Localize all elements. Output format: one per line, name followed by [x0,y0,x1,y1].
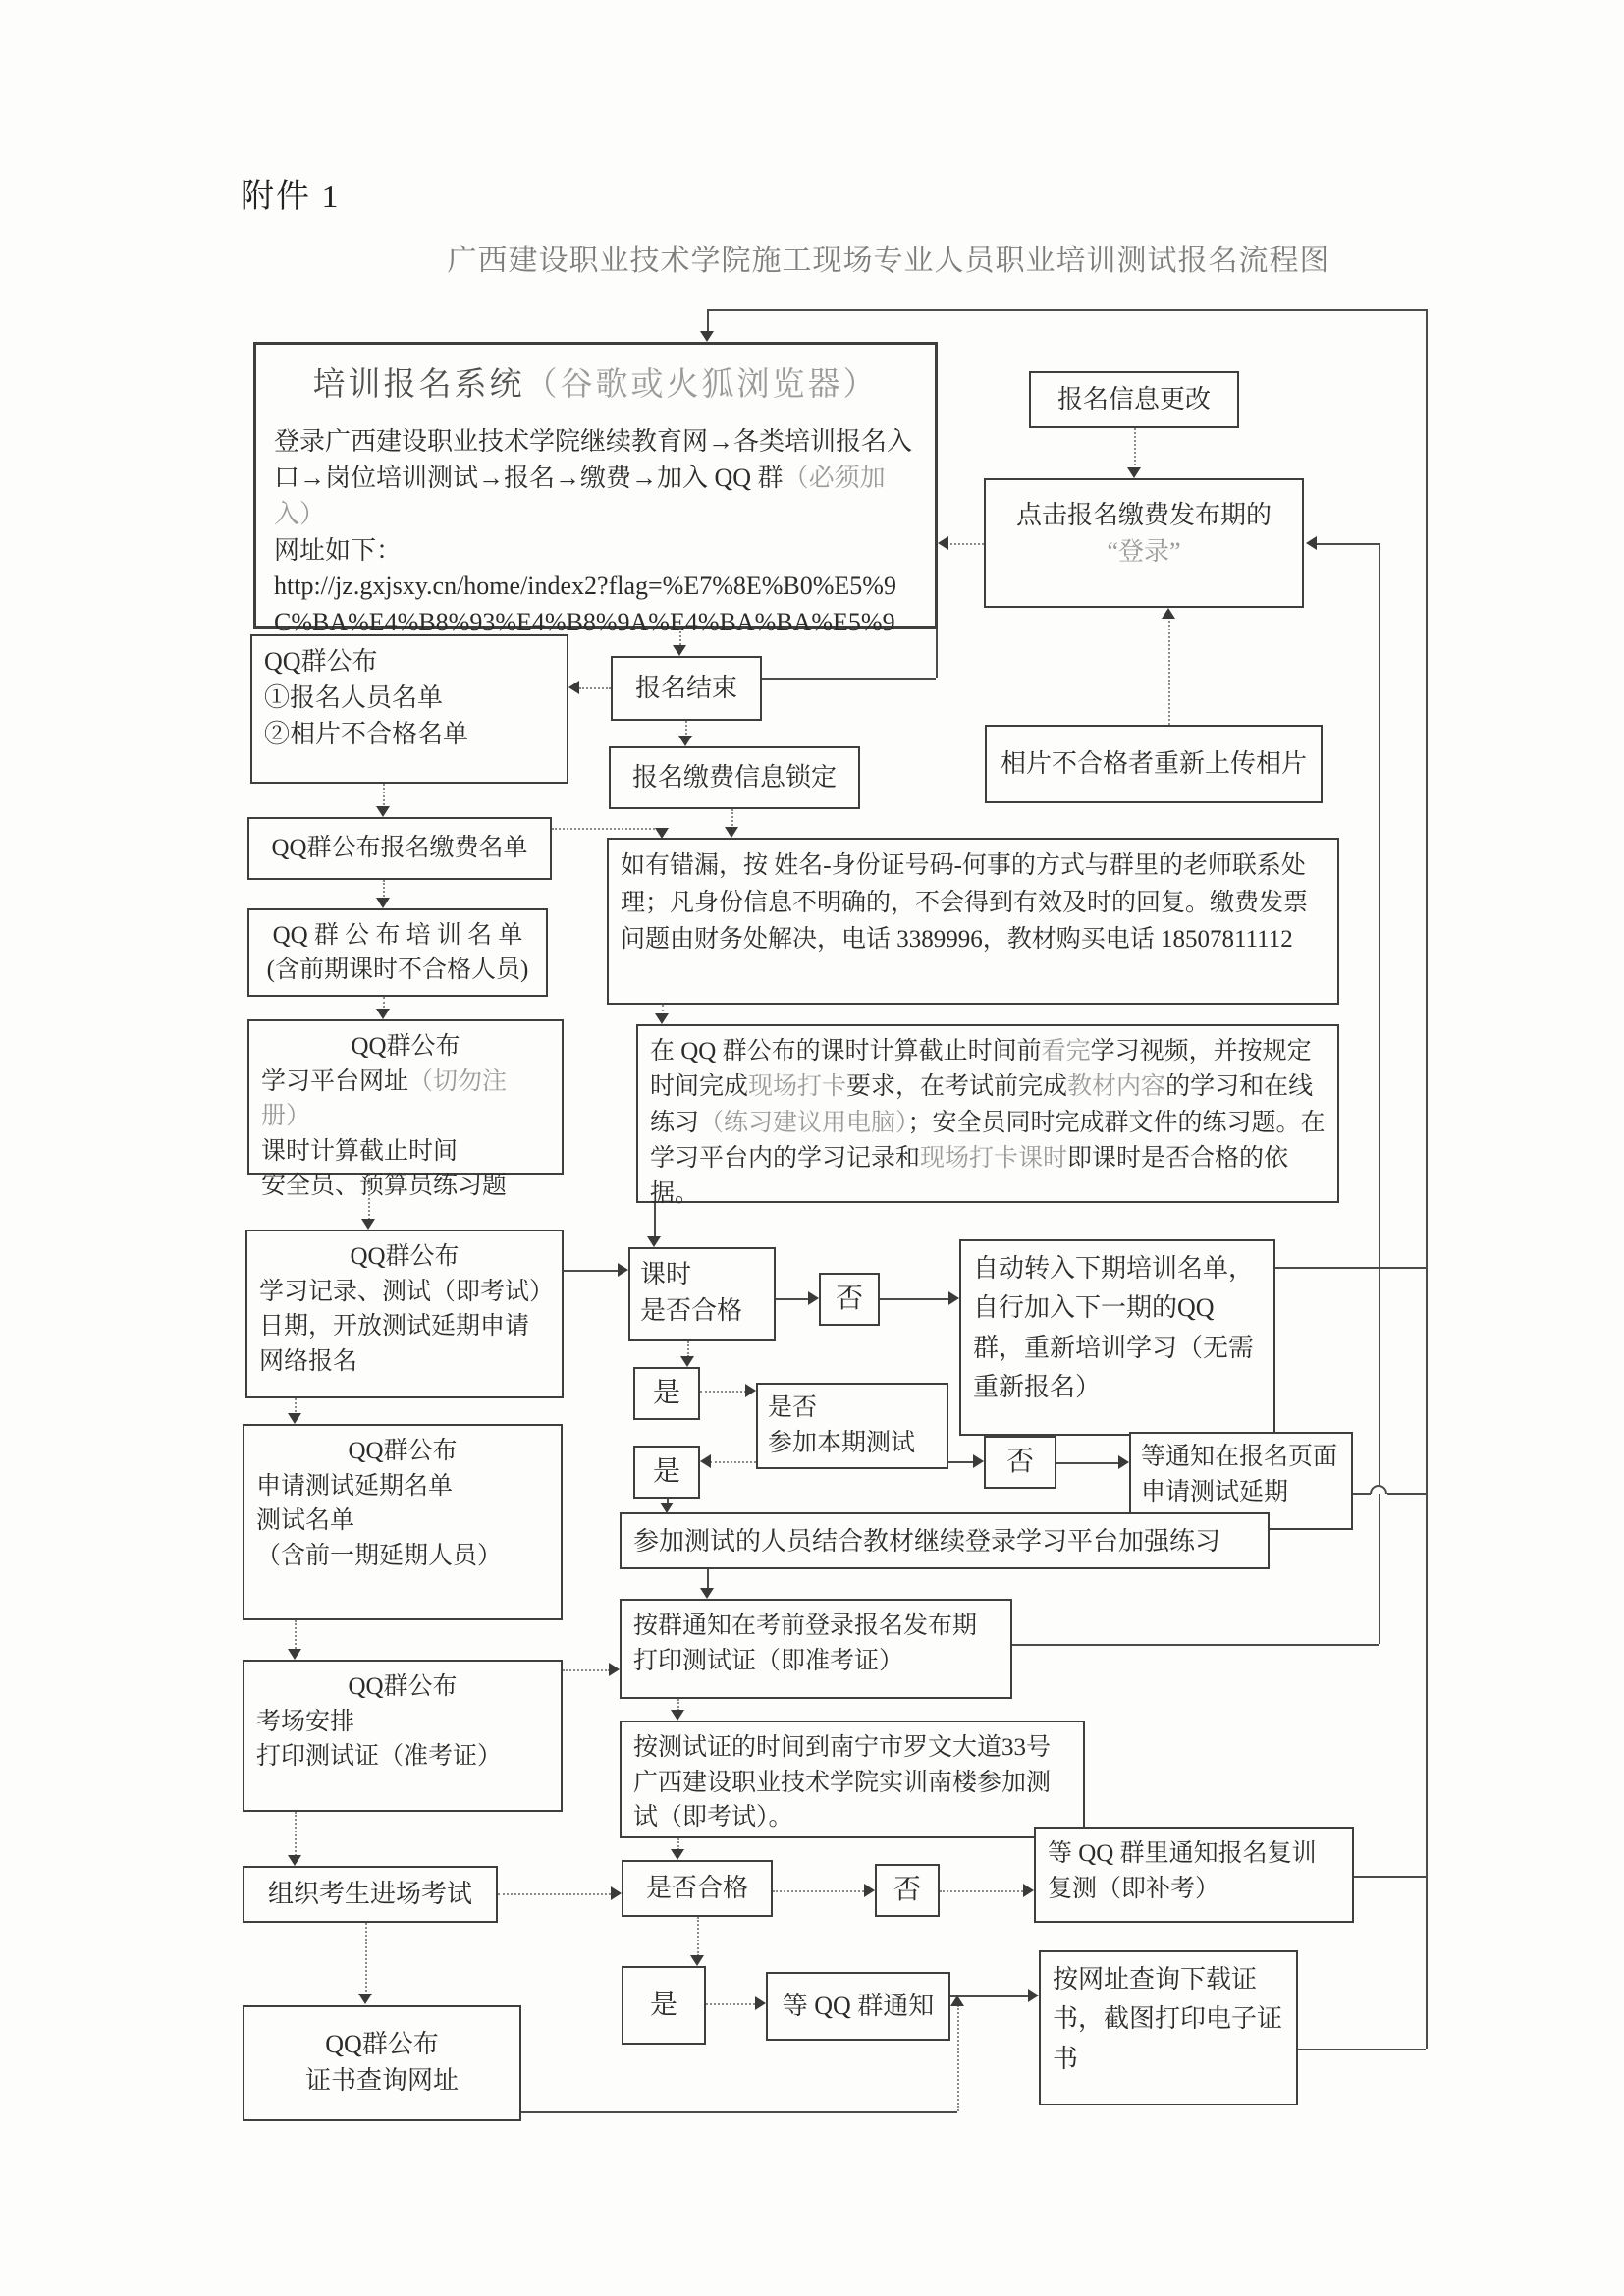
arrow-pass-no3 [864,1884,875,1897]
arrow-reupload-login [1162,608,1175,619]
flowchart-title: 广西建设职业技术学院施工现场专业人员职业培训测试报名流程图 [412,236,1365,279]
arrow-examsite-pass [671,1849,684,1860]
line-deferlist-examroom [295,1620,297,1652]
line-studyreq-hours [654,1203,656,1237]
node-payment-locked: 报名缴费信息锁定 [609,746,860,809]
line-reupload-login [1168,616,1170,725]
arrow-into-training-system [700,331,714,342]
node-yes-1: 是 [633,1367,700,1420]
arrow-hours-yes1 [680,1356,694,1367]
arrow-regend-qqlists [568,681,579,694]
line-pass-no3 [773,1890,864,1892]
node-qq-records-text: QQ群公布学习记录、测试（即考试）日期，开放测试延期申请网络报名 [259,1239,550,1379]
node-no-1: 否 [819,1273,880,1326]
node-change-info: 报名信息更改 [1029,371,1239,428]
line-takeexam-yes2 [710,1461,756,1463]
arrow-paylist-traininglist [376,898,390,908]
node-exam-site: 按测试证的时间到南宁市罗文大道33号广西建设职业技术学院实训南楼参加测试（即考试… [620,1721,1085,1838]
node-no-3: 否 [875,1864,940,1917]
node-click-login: 点击报名缴费发布期的“登录” [984,478,1304,608]
node-auto-transfer: 自动转入下期培训名单，自行加入下一期的QQ 群，重新培训学习（无需重新报名） [959,1239,1275,1436]
inner-loop-top-line [1317,543,1379,545]
node-strengthen-practice: 参加测试的人员结合教材继续登录学习平台加强练习 [620,1512,1270,1569]
arrow-traininglist-platform [376,1009,390,1019]
arrow-records-deferlist [288,1413,301,1424]
line-retrain-outer [1354,1876,1426,1878]
line-no1-autotransfer [880,1298,949,1300]
arrow-pass-yes3 [690,1955,704,1966]
line-takeexam-no2 [948,1461,974,1463]
line-download-outer [1298,2049,1426,2050]
attachment-label: 附件 1 [241,169,341,217]
node-qq-exam-room-text: QQ群公布考场安排 打印测试证（准考证） [256,1669,549,1775]
line-records-hours [564,1270,619,1272]
arrow-paylist-errornote [655,828,669,839]
node-qq-platform-info: QQ群公布学习平台网址（切勿注册） 课时计算截止时间 安全员、预算员练习题 [247,1019,564,1175]
line-hop-crossing [1370,1485,1387,1494]
arrow-printcert-examsite [671,1710,684,1721]
line-lock-errornote [731,809,733,829]
node-qq-training-list: QQ 群 公 布 培 训 名 单 (含前期课时不合格人员) [247,908,548,997]
node-qq-defer-list-text: QQ群公布申请测试延期名单 测试名单 （含前一期延期人员） [256,1434,549,1573]
line-organize-pass [498,1893,611,1895]
outer-loop-right-line [1426,309,1428,2049]
node-qq-defer-list: QQ群公布申请测试延期名单 测试名单 （含前一期延期人员） [243,1424,563,1620]
line-login-main [950,543,984,545]
arrow-deferlist-examroom [288,1649,301,1660]
arrow-main-regend [673,645,686,656]
node-wait-qq-notice: 等 QQ 群通知 [766,1972,950,2041]
node-download-cert: 按网址查询下载证书，截图打印电子证书 [1039,1950,1298,2105]
node-study-requirements: 在 QQ 群公布的课时计算截止时间前看完学习视频，并按规定时间完成现场打卡要求，… [636,1024,1339,1203]
line-yes3-waitqq [706,2003,755,2005]
line-regend-qqlists [579,687,611,689]
line-regend-elbow-h [762,678,936,680]
arrow-studyreq-hours [647,1236,661,1247]
node-error-note: 如有错漏，按 姓名-身份证号码-何事的方式与群里的老师联系处理；凡身份信息不明确… [607,838,1339,1005]
arrow-no2-waitdefer [1118,1455,1129,1469]
node-organize-exam: 组织考生进场考试 [243,1866,498,1923]
arrow-errornote-studyreq [655,1013,669,1024]
arrow-takeexam-yes2 [700,1454,711,1468]
line-waitdefer-outer-1 [1353,1493,1371,1495]
arrow-yes3-waitqq [755,1996,766,2010]
arrow-records-hours [618,1263,628,1277]
node-qq-platform-text: QQ群公布学习平台网址（切勿注册） 课时计算截止时间 安全员、预算员练习题 [261,1029,550,1204]
line-waitdefer-outer-2 [1387,1493,1426,1495]
arrow-waitqq-download [1028,1989,1039,2002]
arrow-yes1-takeexam [745,1384,756,1397]
line-paylist-errornote [552,828,662,830]
arrow-organize-certurl [358,1994,372,2004]
node-qq-cert-url: QQ群公布 证书查询网址 [243,2005,521,2121]
inner-loop-bottom-line [1012,1644,1379,1646]
line-autotransfer-outer [1275,1267,1426,1269]
node-registration-end: 报名结束 [611,656,762,721]
line-certurl-elbow-v [957,2005,959,2111]
line-hours-no1 [776,1298,809,1300]
node-print-test-cert: 按群通知在考前登录报名发布期 打印测试证（即准考证） [620,1599,1012,1699]
arrow-strengthen-printcert [700,1588,714,1599]
arrow-certurl-join [950,1995,964,2006]
line-hours-yes1 [687,1341,689,1357]
node-yes-2: 是 [633,1446,700,1499]
node-retrain-retest: 等 QQ 群里通知报名复训 复测（即补考） [1034,1827,1354,1923]
arrow-no3-retrain [1023,1884,1034,1897]
node-pass-decision: 是否合格 [622,1860,773,1917]
arrow-login-main [938,536,948,550]
arrow-yes2-strengthen [660,1503,674,1513]
arrow-examroom-organize [288,1855,301,1866]
line-examroom-organize [295,1812,297,1856]
node-study-requirements-text: 在 QQ 群公布的课时计算截止时间前看完学习视频，并按规定时间完成现场打卡要求，… [650,1034,1326,1212]
arrow-examroom-printcert [609,1663,620,1676]
line-paylist-traininglist [383,880,385,900]
arrow-no1-autotransfer [948,1291,959,1305]
line-yes1-takeexam [700,1391,746,1393]
outer-loop-top-line [707,309,1426,311]
line-no2-waitdefer [1056,1462,1119,1464]
arrow-organize-pass [611,1886,622,1900]
arrow-changeinfo-login [1127,467,1141,478]
node-take-this-exam-decision: 是否 参加本期测试 [756,1383,948,1469]
line-examroom-printcert [563,1669,610,1671]
arrow-hours-no1 [808,1291,819,1305]
node-qq-exam-room: QQ群公布考场安排 打印测试证（准考证） [243,1660,563,1812]
node-no-2: 否 [984,1436,1056,1489]
arrow-regend-lock [678,736,692,746]
arrow-takeexam-no2 [973,1454,984,1468]
line-regend-elbow-v [936,629,938,678]
node-hours-qualified-decision: 课时 是否合格 [628,1247,776,1341]
node-yes-3: 是 [622,1966,706,2045]
arrow-lock-errornote [725,827,738,838]
line-platform-records [368,1175,370,1220]
node-click-login-text: 点击报名缴费发布期的“登录” [986,498,1302,571]
line-pass-yes3 [697,1917,699,1956]
inner-loop-right-line [1379,543,1380,1644]
line-certurl-elbow-h [521,2111,957,2113]
line-no3-retrain [940,1890,1023,1892]
line-strengthen-printcert [707,1569,709,1589]
line-changeinfo-login [1134,428,1136,469]
scanned-flowchart-page: 附件 1 广西建设职业技术学院施工现场专业人员职业培训测试报名流程图 培训报名系… [0,0,1624,2296]
node-training-system-title: 培训报名系统（谷歌或火狐浏览器） [274,362,917,409]
arrow-into-click-login-right [1306,536,1317,550]
arrow-qqlists-paylist [376,806,390,817]
arrow-platform-records [361,1219,375,1230]
node-training-system: 培训报名系统（谷歌或火狐浏览器） 登录广西建设职业技术学院继续教育网→各类培训报… [253,342,938,629]
node-reupload-photo: 相片不合格者重新上传相片 [985,725,1323,803]
line-organize-certurl [365,1923,367,1995]
node-qq-name-lists: QQ群公布 ①报名人员名单 ②相片不合格名单 [250,634,568,784]
node-qq-payment-list: QQ群公布报名缴费名单 [247,817,552,880]
node-qq-records: QQ群公布学习记录、测试（即考试）日期，开放测试延期申请网络报名 [245,1230,564,1398]
